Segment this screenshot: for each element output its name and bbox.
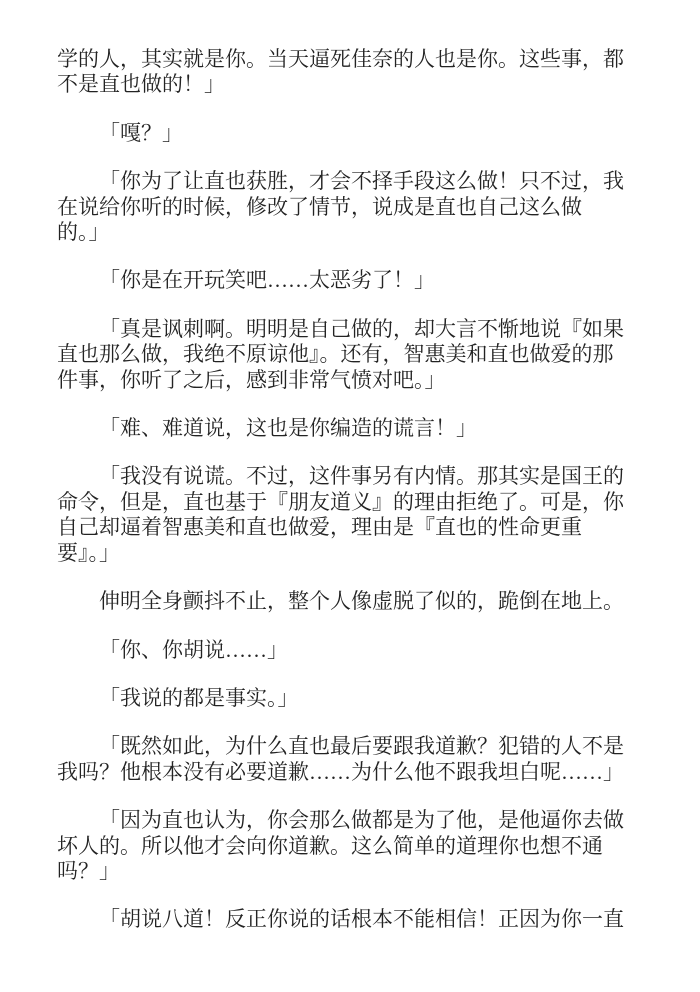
paragraph: 「既然如此，为什么直也最后要跟我道歉？犯错的人不是 我吗？他根本没有必要道歉……… (57, 734, 651, 785)
paragraph: 「胡说八道！反正你说的话根本不能相信！正因为你一直 (57, 907, 651, 932)
paragraph: 学的人，其实就是你。当天逼死佳奈的人也是你。这些事，都 不是直也做的！」 (57, 47, 651, 98)
paragraph: 「你为了让直也获胜，才会不择手段这么做！只不过，我 在说给你听的时候，修改了情节… (57, 169, 651, 245)
paragraph: 「真是讽刺啊。明明是自己做的，却大言不惭地说『如果 直也那么做，我绝不原谅他』。… (57, 317, 651, 393)
paragraph: 「嘎？」 (57, 121, 651, 146)
paragraph: 「你、你胡说……」 (57, 638, 651, 663)
paragraph: 「你是在开玩笑吧……太恶劣了！」 (57, 268, 651, 293)
paragraph: 伸明全身颤抖不止，整个人像虚脱了似的，跪倒在地上。 (57, 589, 651, 614)
paragraph: 「我说的都是事实。」 (57, 686, 651, 711)
novel-page: 学的人，其实就是你。当天逼死佳奈的人也是你。这些事，都 不是直也做的！」「嘎？」… (57, 47, 651, 956)
paragraph: 「难、难道说，这也是你编造的谎言！」 (57, 416, 651, 441)
text-block: 学的人，其实就是你。当天逼死佳奈的人也是你。这些事，都 不是直也做的！」「嘎？」… (57, 47, 651, 933)
paragraph: 「因为直也认为，你会那么做都是为了他，是他逼你去做 坏人的。所以他才会向你道歉。… (57, 808, 651, 884)
paragraph: 「我没有说谎。不过，这件事另有内情。那其实是国王的 命令，但是，直也基于『朋友道… (57, 464, 651, 566)
